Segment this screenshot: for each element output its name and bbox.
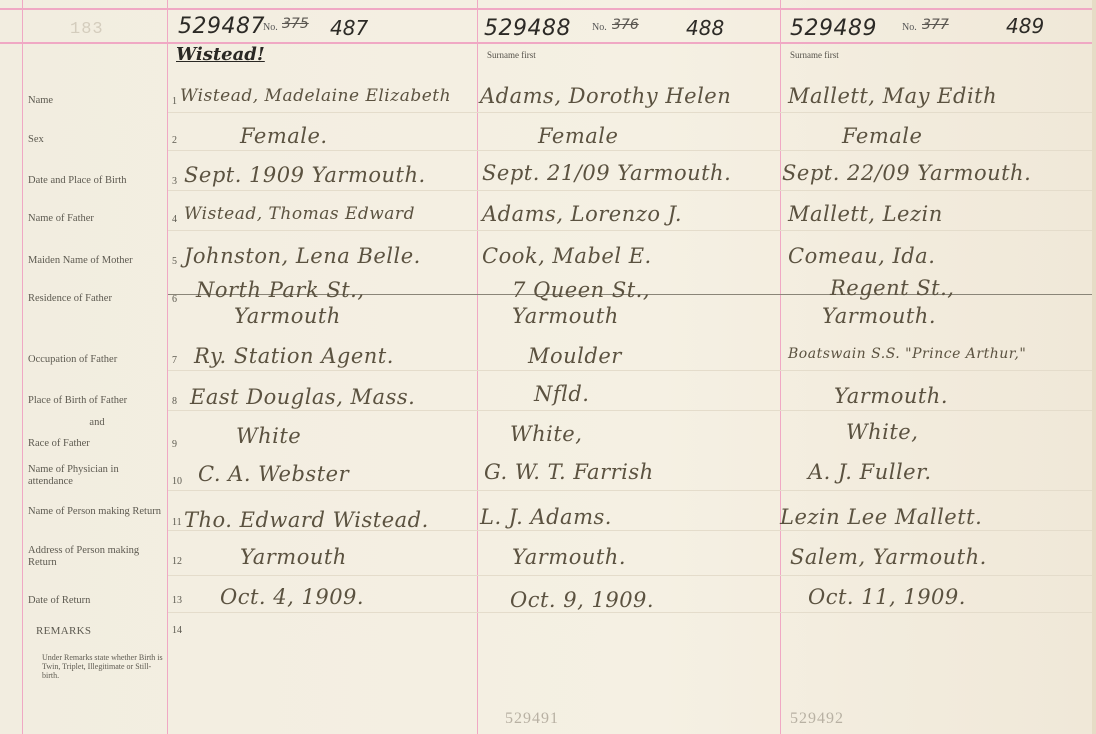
- label-father-name: Name of Father: [28, 213, 166, 225]
- surname-first-hint: Surname first: [487, 50, 536, 60]
- row-number: 8: [172, 396, 177, 407]
- record-3-date-return: Oct. 11, 1909.: [808, 585, 966, 609]
- record-2-father-birthplace: Nfld.: [534, 382, 589, 406]
- row-number: 1: [172, 96, 177, 107]
- record-3-physician: A. J. Fuller.: [808, 460, 932, 484]
- annotation-note: Wistead!: [176, 44, 265, 65]
- row-number: 9: [172, 439, 177, 450]
- record-3-occupation: Boatswain S.S. "Prince Arthur,": [788, 346, 1026, 362]
- record-2-name: Adams, Dorothy Helen: [480, 84, 731, 108]
- label-and: and: [28, 417, 166, 429]
- label-physician: Name of Physician in attendance: [28, 464, 166, 488]
- new-number-3: 489: [1006, 14, 1044, 38]
- record-3-residence-2: Yarmouth.: [822, 304, 936, 328]
- ruled-line: [168, 410, 1092, 411]
- column-rule-3: [780, 0, 781, 734]
- record-2-residence-2: Yarmouth: [512, 304, 619, 328]
- record-2-father-race: White,: [510, 422, 582, 446]
- record-3-name: Mallett, May Edith: [788, 84, 997, 108]
- label-remarks: REMARKS: [36, 625, 174, 637]
- record-3-sex: Female: [842, 124, 922, 148]
- top-rule: [0, 8, 1092, 10]
- record-1-occupation: Ry. Station Agent.: [194, 344, 394, 368]
- record-2-sex: Female: [538, 124, 618, 148]
- record-2-date-place-birth: Sept. 21/09 Yarmouth.: [482, 161, 731, 185]
- record-2-father-name: Adams, Lorenzo J.: [482, 202, 682, 226]
- label-father-birthplace: Place of Birth of Father: [28, 395, 166, 407]
- registration-number-1: 529487: [178, 14, 265, 39]
- record-1-date-return: Oct. 4, 1909.: [220, 585, 364, 609]
- record-1-father-name: Wistead, Thomas Edward: [184, 204, 415, 224]
- row-number: 11: [172, 517, 182, 528]
- record-1-person-return: Tho. Edward Wistead.: [184, 508, 429, 532]
- record-3-date-place-birth: Sept. 22/09 Yarmouth.: [782, 161, 1031, 185]
- record-3-father-name: Mallett, Lezin: [788, 202, 943, 226]
- record-1-father-race: White: [236, 424, 301, 448]
- header-rule: [0, 42, 1092, 44]
- record-1-sex: Female.: [240, 124, 328, 148]
- record-1-residence-2: Yarmouth: [234, 304, 341, 328]
- remarks-note: Under Remarks state whether Birth is Twi…: [42, 653, 166, 680]
- ruled-line: [168, 490, 1092, 491]
- row-number: 12: [172, 556, 182, 567]
- record-2-occupation: Moulder: [528, 344, 622, 368]
- label-person-making-return: Name of Person making Return: [28, 506, 166, 518]
- old-number-3: 377: [922, 17, 949, 33]
- column-rule-2: [477, 0, 478, 734]
- label-date-of-return: Date of Return: [28, 595, 166, 607]
- row-number: 3: [172, 176, 177, 187]
- label-sex: Sex: [28, 134, 166, 146]
- row-number: 14: [172, 625, 182, 636]
- record-1-father-birthplace: East Douglas, Mass.: [190, 385, 415, 409]
- row-number: 6: [172, 294, 177, 305]
- record-1-date-place-birth: Sept. 1909 Yarmouth.: [184, 163, 426, 187]
- ghost-page-number: 183: [70, 20, 104, 39]
- ruled-line: [168, 112, 1092, 113]
- label-name: Name: [28, 95, 166, 107]
- record-1-physician: C. A. Webster: [198, 462, 349, 486]
- row-number: 10: [172, 476, 182, 487]
- surname-first-hint: Surname first: [790, 50, 839, 60]
- record-1-mother-maiden: Johnston, Lena Belle.: [184, 244, 421, 268]
- label-mother-maiden-name: Maiden Name of Mother: [28, 255, 166, 267]
- label-father-occupation: Occupation of Father: [28, 354, 166, 366]
- new-number-1: 487: [330, 16, 368, 40]
- ruled-line: [168, 575, 1092, 576]
- ruled-line: [168, 190, 1092, 191]
- record-2-mother-maiden: Cook, Mabel E.: [482, 244, 652, 268]
- ruled-line: [168, 230, 1092, 231]
- label-address-person: Address of Person making Return: [28, 545, 166, 569]
- number-prefix: No.: [902, 22, 917, 33]
- registration-number-3: 529489: [790, 16, 877, 41]
- number-prefix: No.: [592, 22, 607, 33]
- register-page: 183 Wistead! 529487 No. 375 487 529488 N…: [0, 0, 1096, 734]
- ruled-line: [168, 370, 1092, 371]
- record-1-address: Yarmouth: [240, 545, 347, 569]
- footer-stamp-1: 529491: [505, 710, 559, 728]
- label-father-race: Race of Father: [28, 438, 166, 450]
- record-3-person-return: Lezin Lee Mallett.: [780, 505, 982, 529]
- record-3-address: Salem, Yarmouth.: [790, 545, 987, 569]
- registration-number-2: 529488: [484, 16, 571, 41]
- label-date-place-birth: Date and Place of Birth: [28, 175, 166, 187]
- number-prefix: No.: [263, 22, 278, 33]
- label-father-residence: Residence of Father: [28, 293, 166, 305]
- row-number: 13: [172, 595, 182, 606]
- record-2-residence-1: 7 Queen St.,: [512, 278, 650, 302]
- old-number-2: 376: [612, 17, 639, 33]
- label-column-rule: [167, 0, 168, 734]
- ruled-line: [168, 612, 1092, 613]
- record-1-name: Wistead, Madelaine Elizabeth: [180, 86, 451, 106]
- record-3-mother-maiden: Comeau, Ida.: [788, 244, 935, 268]
- record-1-residence-1: North Park St.,: [196, 278, 365, 302]
- row-number: 4: [172, 214, 177, 225]
- record-2-physician: G. W. T. Farrish: [484, 460, 654, 484]
- row-number: 2: [172, 135, 177, 146]
- record-3-father-birthplace: Yarmouth.: [834, 384, 948, 408]
- page-edge: [1092, 0, 1096, 734]
- footer-stamp-2: 529492: [790, 710, 844, 728]
- row-number: 7: [172, 355, 177, 366]
- row-number: 5: [172, 256, 177, 267]
- record-2-person-return: L. J. Adams.: [480, 505, 612, 529]
- new-number-2: 488: [686, 16, 724, 40]
- margin-rule: [22, 0, 23, 734]
- record-2-date-return: Oct. 9, 1909.: [510, 588, 654, 612]
- old-number-1: 375: [282, 16, 309, 32]
- record-2-address: Yarmouth.: [512, 545, 626, 569]
- record-3-residence-1: Regent St.,: [830, 276, 954, 300]
- ruled-line: [168, 150, 1092, 151]
- record-3-father-race: White,: [846, 420, 918, 444]
